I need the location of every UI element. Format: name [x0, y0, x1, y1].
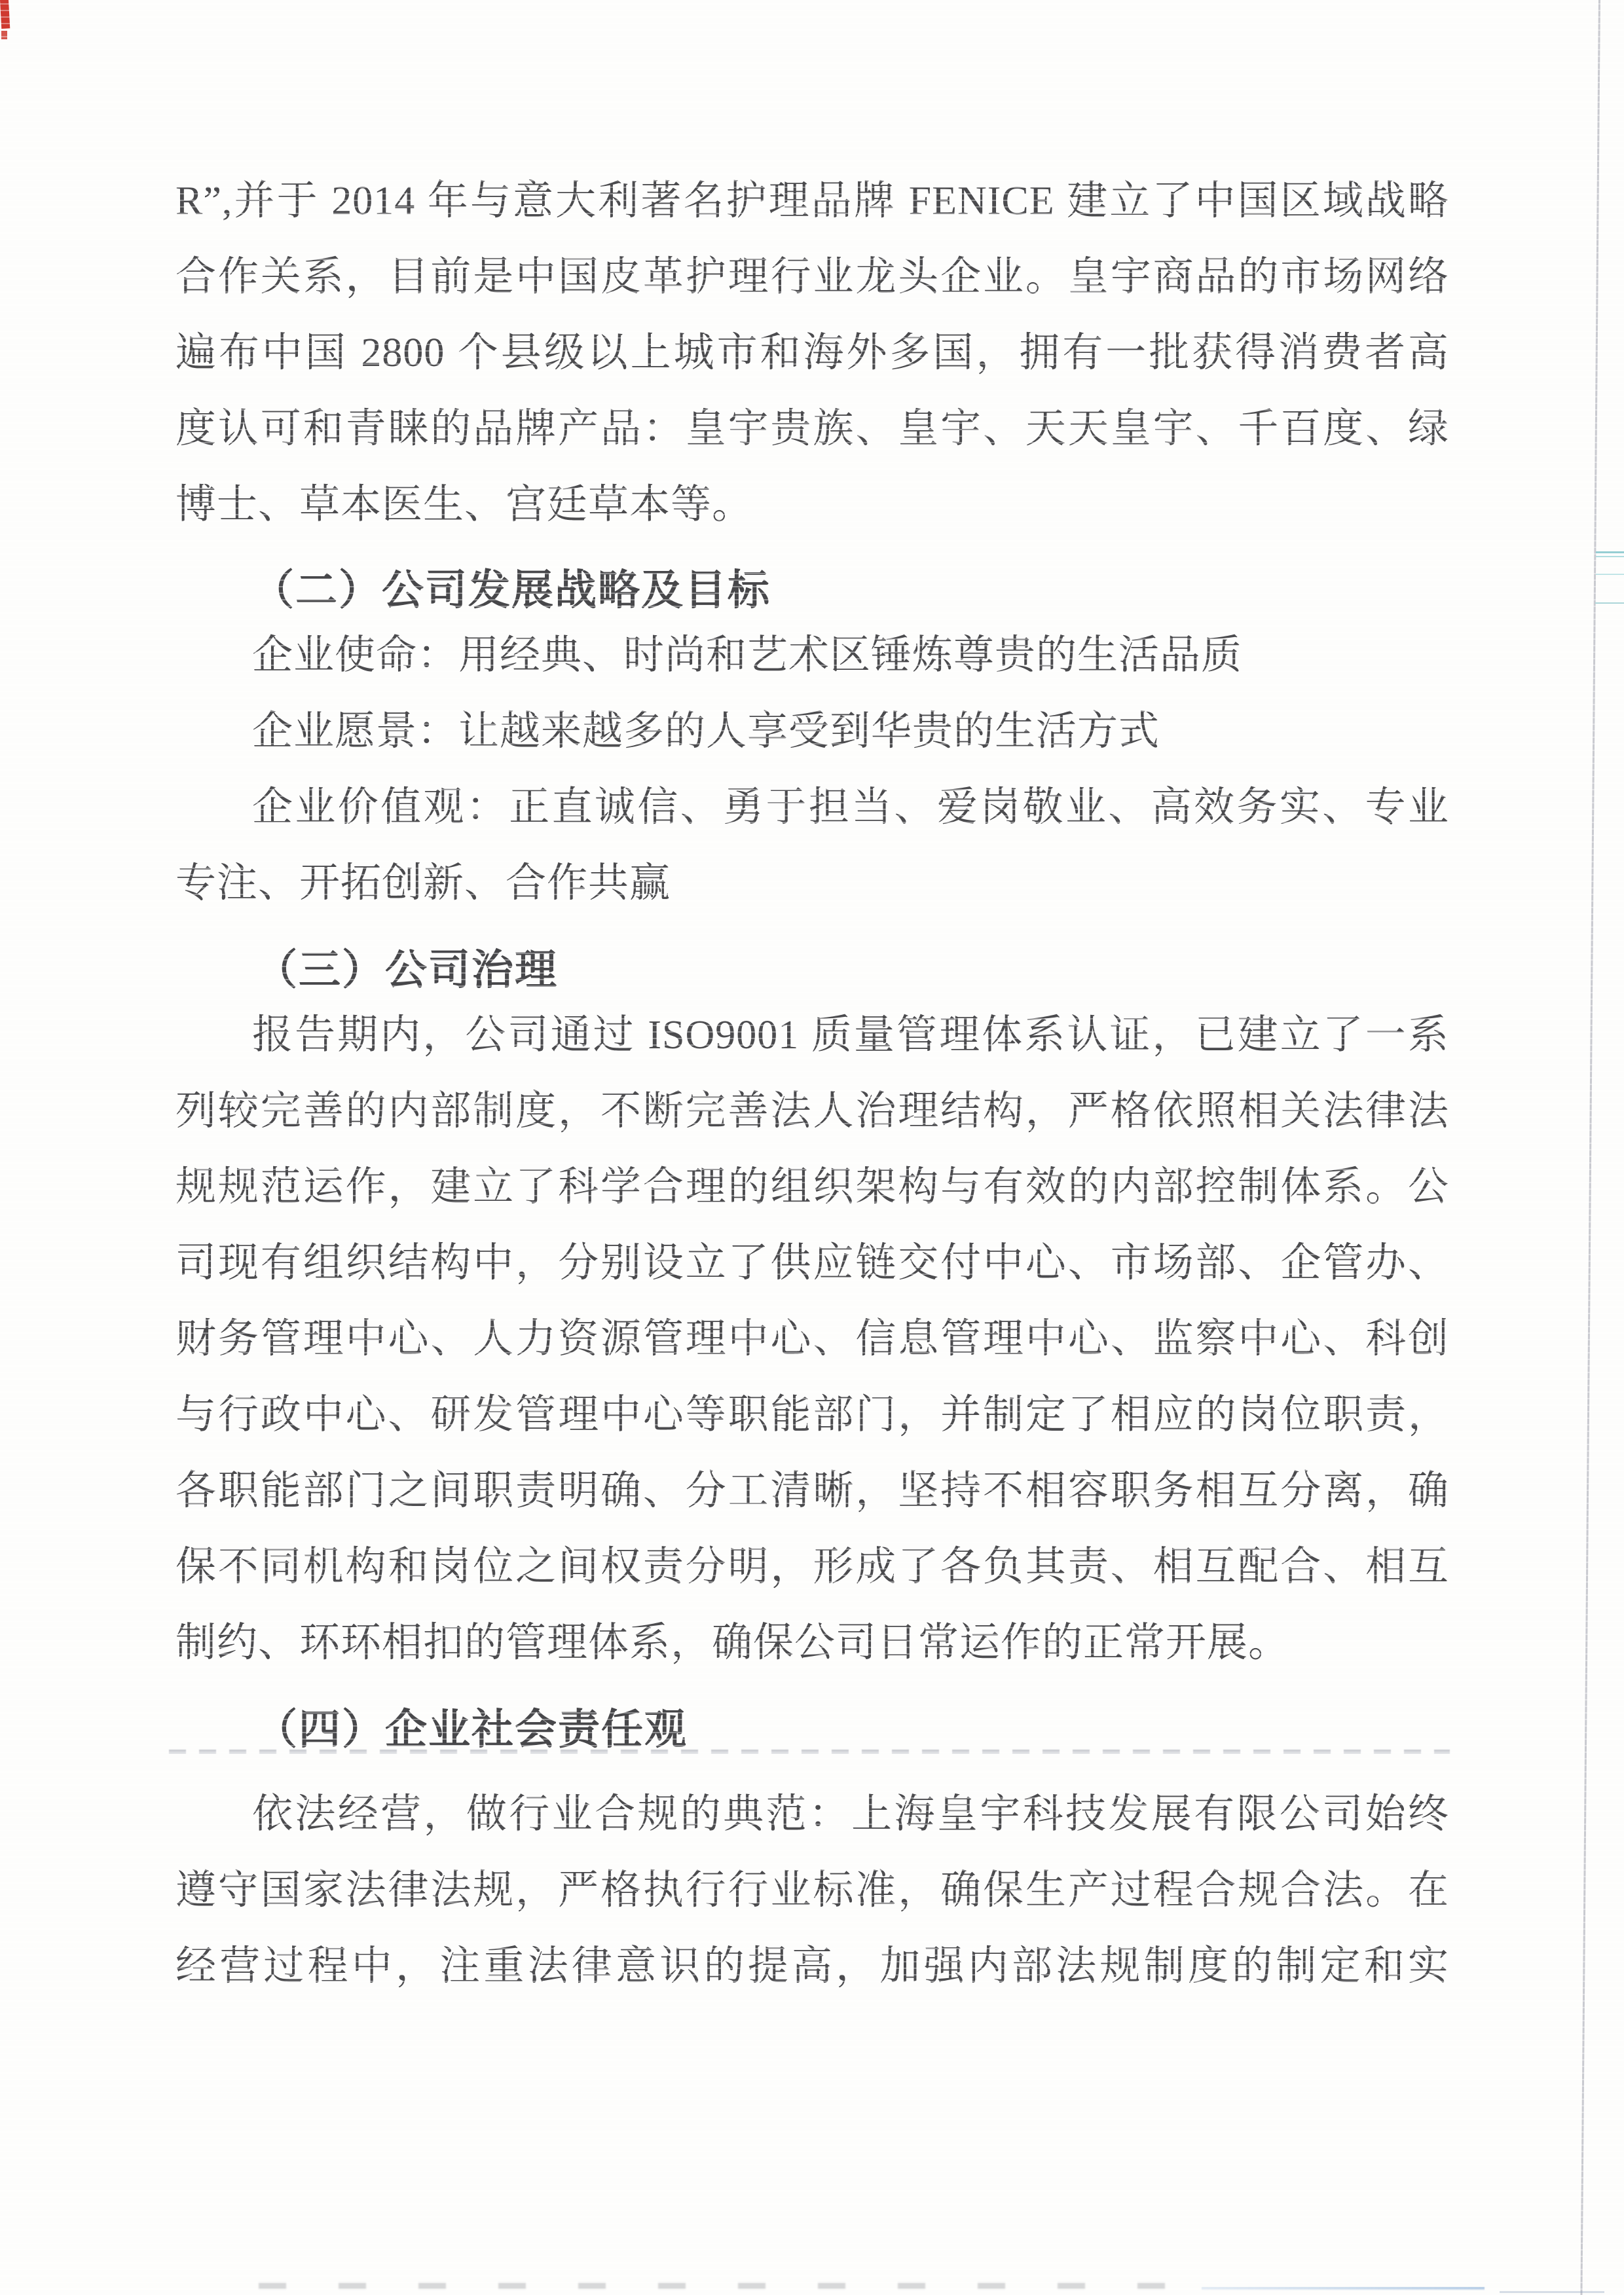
text-line: 企业愿景：让越来越多的人享受到华贵的生活方式: [252, 708, 1160, 755]
scan-artifact-cyan-line: [1596, 556, 1624, 557]
text-line: 财务管理中心、人力资源管理中心、信息管理中心、监察中心、科创: [175, 1316, 1449, 1363]
text-line: 规规范运作，建立了科学合理的组织架构与有效的内部控制体系。公: [175, 1164, 1449, 1211]
text-line: 制约、环环相扣的管理体系，确保公司日常运作的正常开展。: [175, 1620, 1289, 1666]
text-line: R”,并于 2014 年与意大利著名护理品牌 FENICE 建立了中国区域战略: [175, 178, 1449, 225]
scan-artifact-dotted-line: [169, 1750, 1450, 1753]
text-line: 保不同机构和岗位之间权责分明，形成了各负其责、相互配合、相互: [175, 1544, 1449, 1590]
text-line: 企业价值观：正直诚信、勇于担当、爱岗敬业、高效务实、专业: [252, 784, 1449, 831]
text-line: 报告期内，公司通过 ISO9001 质量管理体系认证，已建立了一系: [252, 1012, 1449, 1059]
section-heading: （三）公司治理: [255, 936, 558, 997]
section-heading: （二）公司发展战略及目标: [252, 557, 771, 617]
section-heading: （四）企业社会责任观: [255, 1696, 688, 1756]
text-line: 列较完善的内部制度，不断完善法人治理结构，严格依照相关法律法: [175, 1088, 1449, 1135]
scan-artifact-cyan-line: [1595, 602, 1624, 604]
scanned-document-page: R”,并于 2014 年与意大利著名护理品牌 FENICE 建立了中国区域战略 …: [0, 0, 1624, 2295]
text-line: 与行政中心、研发管理中心等职能部门，并制定了相应的岗位职责，: [175, 1392, 1449, 1439]
scan-artifact-page-edge-line: [1580, 0, 1600, 2295]
text-line: 依法经营，做行业合规的典范：上海皇宇科技发展有限公司始终: [252, 1791, 1449, 1838]
text-line: 经营过程中，注重法律意识的提高，加强内部法规制度的制定和实: [175, 1943, 1449, 1990]
text-line: 遵守国家法律法规，严格执行行业标准，确保生产过程合规合法。在: [175, 1867, 1449, 1914]
text-line: 遍布中国 2800 个县级以上城市和海外多国，拥有一批获得消费者高: [175, 330, 1449, 376]
text-line: 企业使命：用经典、时尚和艺术区锤炼尊贵的生活品质: [252, 633, 1242, 679]
text-line: 司现有组织结构中，分别设立了供应链交付中心、市场部、企管办、: [175, 1240, 1449, 1287]
scan-artifact-red-dot: [1, 31, 7, 39]
scan-artifact-cyan-line: [1596, 574, 1624, 575]
text-line: 各职能部门之间职责明确、分工清晰，坚持不相容职务相互分离，确: [175, 1468, 1449, 1515]
scan-artifact-cyan-line: [1596, 551, 1624, 553]
text-line: 专注、开拓创新、合作共赢: [175, 860, 671, 907]
text-line: 博士、草本医生、宫廷草本等。: [175, 482, 753, 528]
scan-artifact-bottom-ghost-text: [259, 2283, 1208, 2289]
scan-artifact-bottom-blue-line: [1500, 2291, 1604, 2293]
text-line: 度认可和青睐的品牌产品：皇宇贵族、皇宇、天天皇宇、千百度、绿: [175, 406, 1449, 452]
scan-artifact-bottom-blue-line: [1202, 2287, 1485, 2290]
scan-artifact-red-corner: [0, 0, 10, 29]
text-line: 合作关系，目前是中国皮革护理行业龙头企业。皇宇商品的市场网络: [175, 254, 1449, 301]
